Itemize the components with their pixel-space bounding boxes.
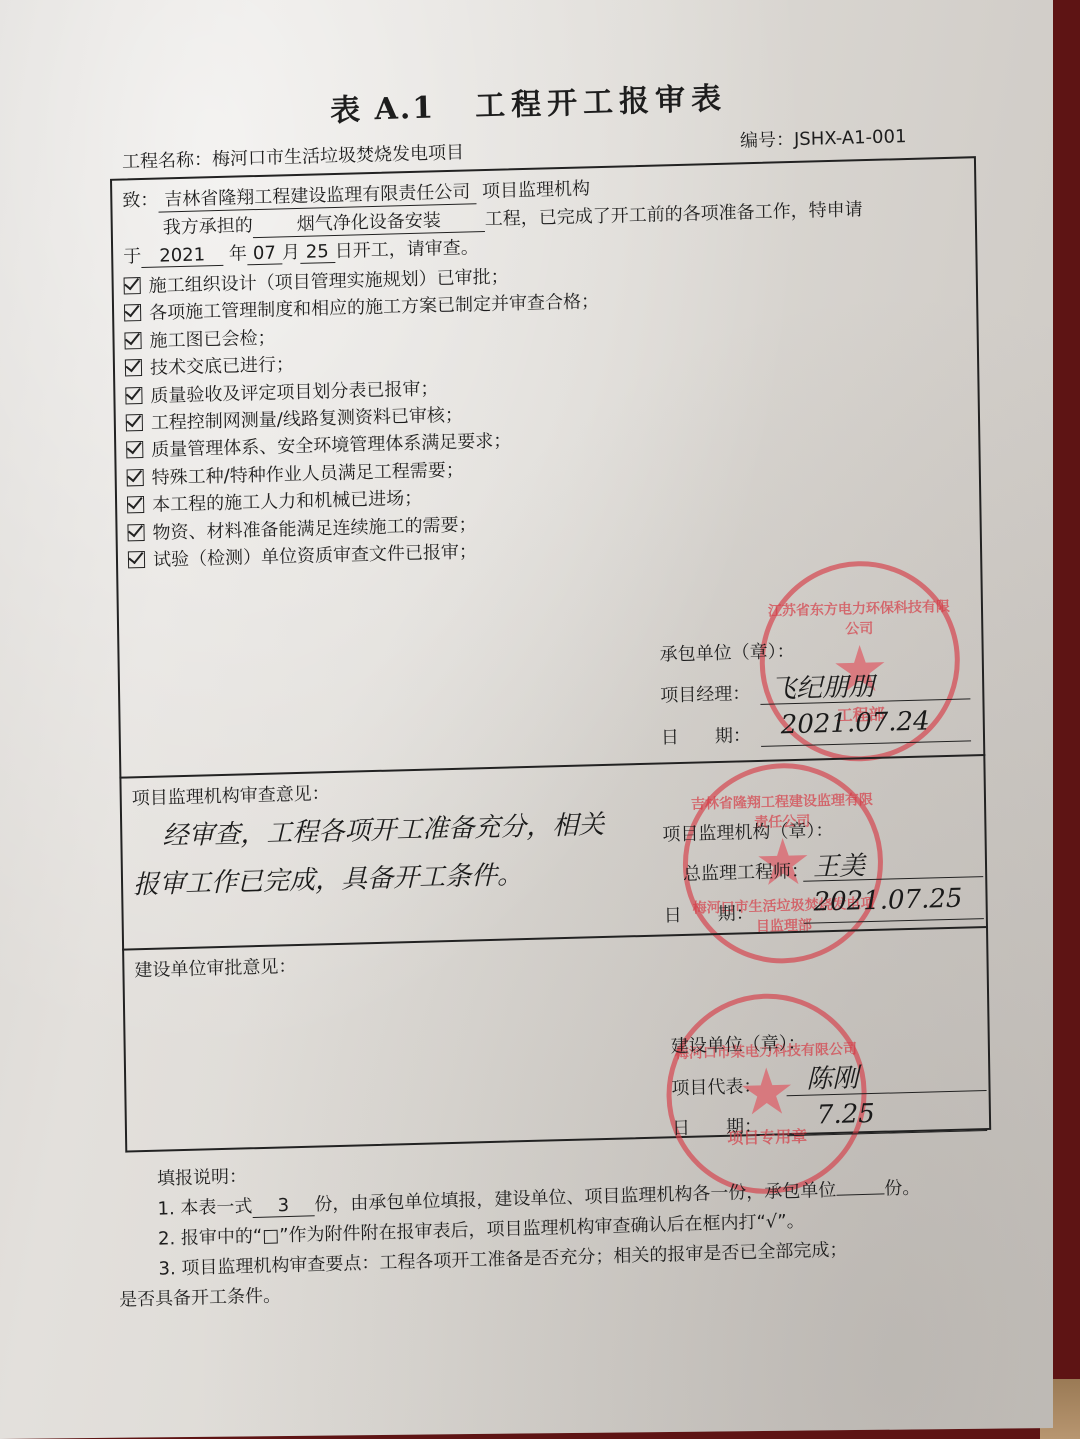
supervision-heading: 项目监理机构审查意见：: [132, 779, 330, 810]
owner-heading: 建设单位审批意见：: [134, 952, 296, 982]
checked-box-icon[interactable]: [127, 469, 144, 486]
engineer-signature: 王美: [813, 845, 866, 883]
start-month: 07: [247, 242, 282, 265]
section-divider: [122, 926, 988, 951]
start-year: 2021: [141, 244, 223, 268]
checked-box-icon[interactable]: [125, 359, 142, 376]
checklist-item: 施工图已会检；: [124, 323, 275, 353]
checked-box-icon[interactable]: [128, 551, 145, 568]
supervision-opinion-line1: 经审查，工程各项开工准备充分，相关: [162, 804, 605, 853]
copies-count: 3: [252, 1194, 314, 1218]
form-code: 表 A.1: [330, 90, 436, 128]
owner-rep-label: 项目代表：: [671, 1072, 761, 1100]
serial-label: 编号：: [740, 129, 794, 152]
form-title-text: 工程开工报审表: [475, 81, 728, 124]
contractor-label: 承包单位（章）：: [659, 637, 794, 667]
checked-box-icon[interactable]: [124, 332, 141, 349]
paper-sheet: 表 A.1工程开工报审表 工程名称：梅河口市生活垃圾焚烧发电项目 编号：JSHX…: [0, 0, 1053, 1439]
checklist-item-label: 试验（检测）单位资质审查文件已报审；: [153, 541, 477, 570]
supervision-opinion-line2: 报审工作已完成，具备开工条件。: [133, 854, 524, 901]
project-name-label: 工程名称：: [122, 149, 212, 173]
manager-label: 项目经理：: [660, 679, 750, 707]
checked-box-icon[interactable]: [126, 414, 143, 431]
contractor-copies-blank: [836, 1193, 884, 1195]
intro-suffix: 工程，已完成了开工前的各项准备工作，特申请: [485, 199, 863, 230]
supervision-date: 2021.07.25: [813, 884, 962, 918]
checked-box-icon[interactable]: [125, 387, 142, 404]
form-table: 致：吉林省隆翔工程建设监理有限责任公司 项目监理机构 我方承担的烟气净化设备安装…: [110, 156, 991, 1152]
date-suffix: 日开工，请审查。: [335, 237, 479, 262]
filling-instructions: 填报说明： 1. 本表一式3份，由承包单位填报，建设单位、项目监理机构各一份，承…: [117, 1143, 922, 1315]
supervision-date-label: 日 期：: [664, 899, 754, 927]
owner-date-label: 日 期：: [672, 1112, 762, 1140]
date-prefix: 于: [123, 246, 141, 267]
checked-box-icon[interactable]: [126, 441, 143, 458]
owner-unit-label: 建设单位（章）：: [671, 1029, 806, 1059]
checklist-item-label: 施工图已会检；: [149, 327, 275, 351]
intro-prefix: 我方承担的: [163, 215, 253, 238]
serial-value: JSHX-A1-001: [794, 126, 907, 150]
to-label: 致：: [122, 190, 158, 212]
contractor-date: 2021.07.24: [781, 706, 930, 740]
checked-box-icon[interactable]: [127, 496, 144, 513]
to-suffix: 项目监理机构: [482, 178, 590, 202]
manager-signature: 飞纪朋朋: [770, 666, 875, 706]
supervision-org-label: 项目监理机构（章）：: [662, 816, 833, 846]
start-day: 25: [300, 241, 335, 264]
section-divider: [119, 754, 985, 779]
checked-box-icon[interactable]: [124, 304, 141, 321]
note-1-end: 份。: [884, 1177, 920, 1199]
checklist-item-label: 技术交底已进行；: [150, 354, 294, 379]
owner-rep-signature: 陈刚: [806, 1057, 859, 1095]
checklist-item: 技术交底已进行；: [125, 350, 294, 380]
serial-number: 编号：JSHX-A1-001: [740, 122, 907, 153]
engineer-label: 总监理工程师：: [683, 857, 809, 886]
form-title: 表 A.1工程开工报审表: [330, 73, 728, 129]
project-name-value: 梅河口市生活垃圾焚烧发电项目: [212, 142, 464, 170]
checked-box-icon[interactable]: [124, 277, 141, 294]
checked-box-icon[interactable]: [127, 524, 144, 541]
contractor-date-label: 日 期：: [661, 721, 751, 749]
note-1-prefix: 1. 本表一式: [157, 1196, 252, 1220]
year-unit: 年: [229, 243, 247, 264]
checklist-item-label: 各项施工管理制度和相应的施工方案已制定并审查合格；: [149, 291, 599, 324]
owner-date: 7.25: [817, 1099, 875, 1131]
month-unit: 月: [282, 242, 300, 263]
project-name: 工程名称：梅河口市生活垃圾焚烧发电项目: [122, 138, 464, 174]
